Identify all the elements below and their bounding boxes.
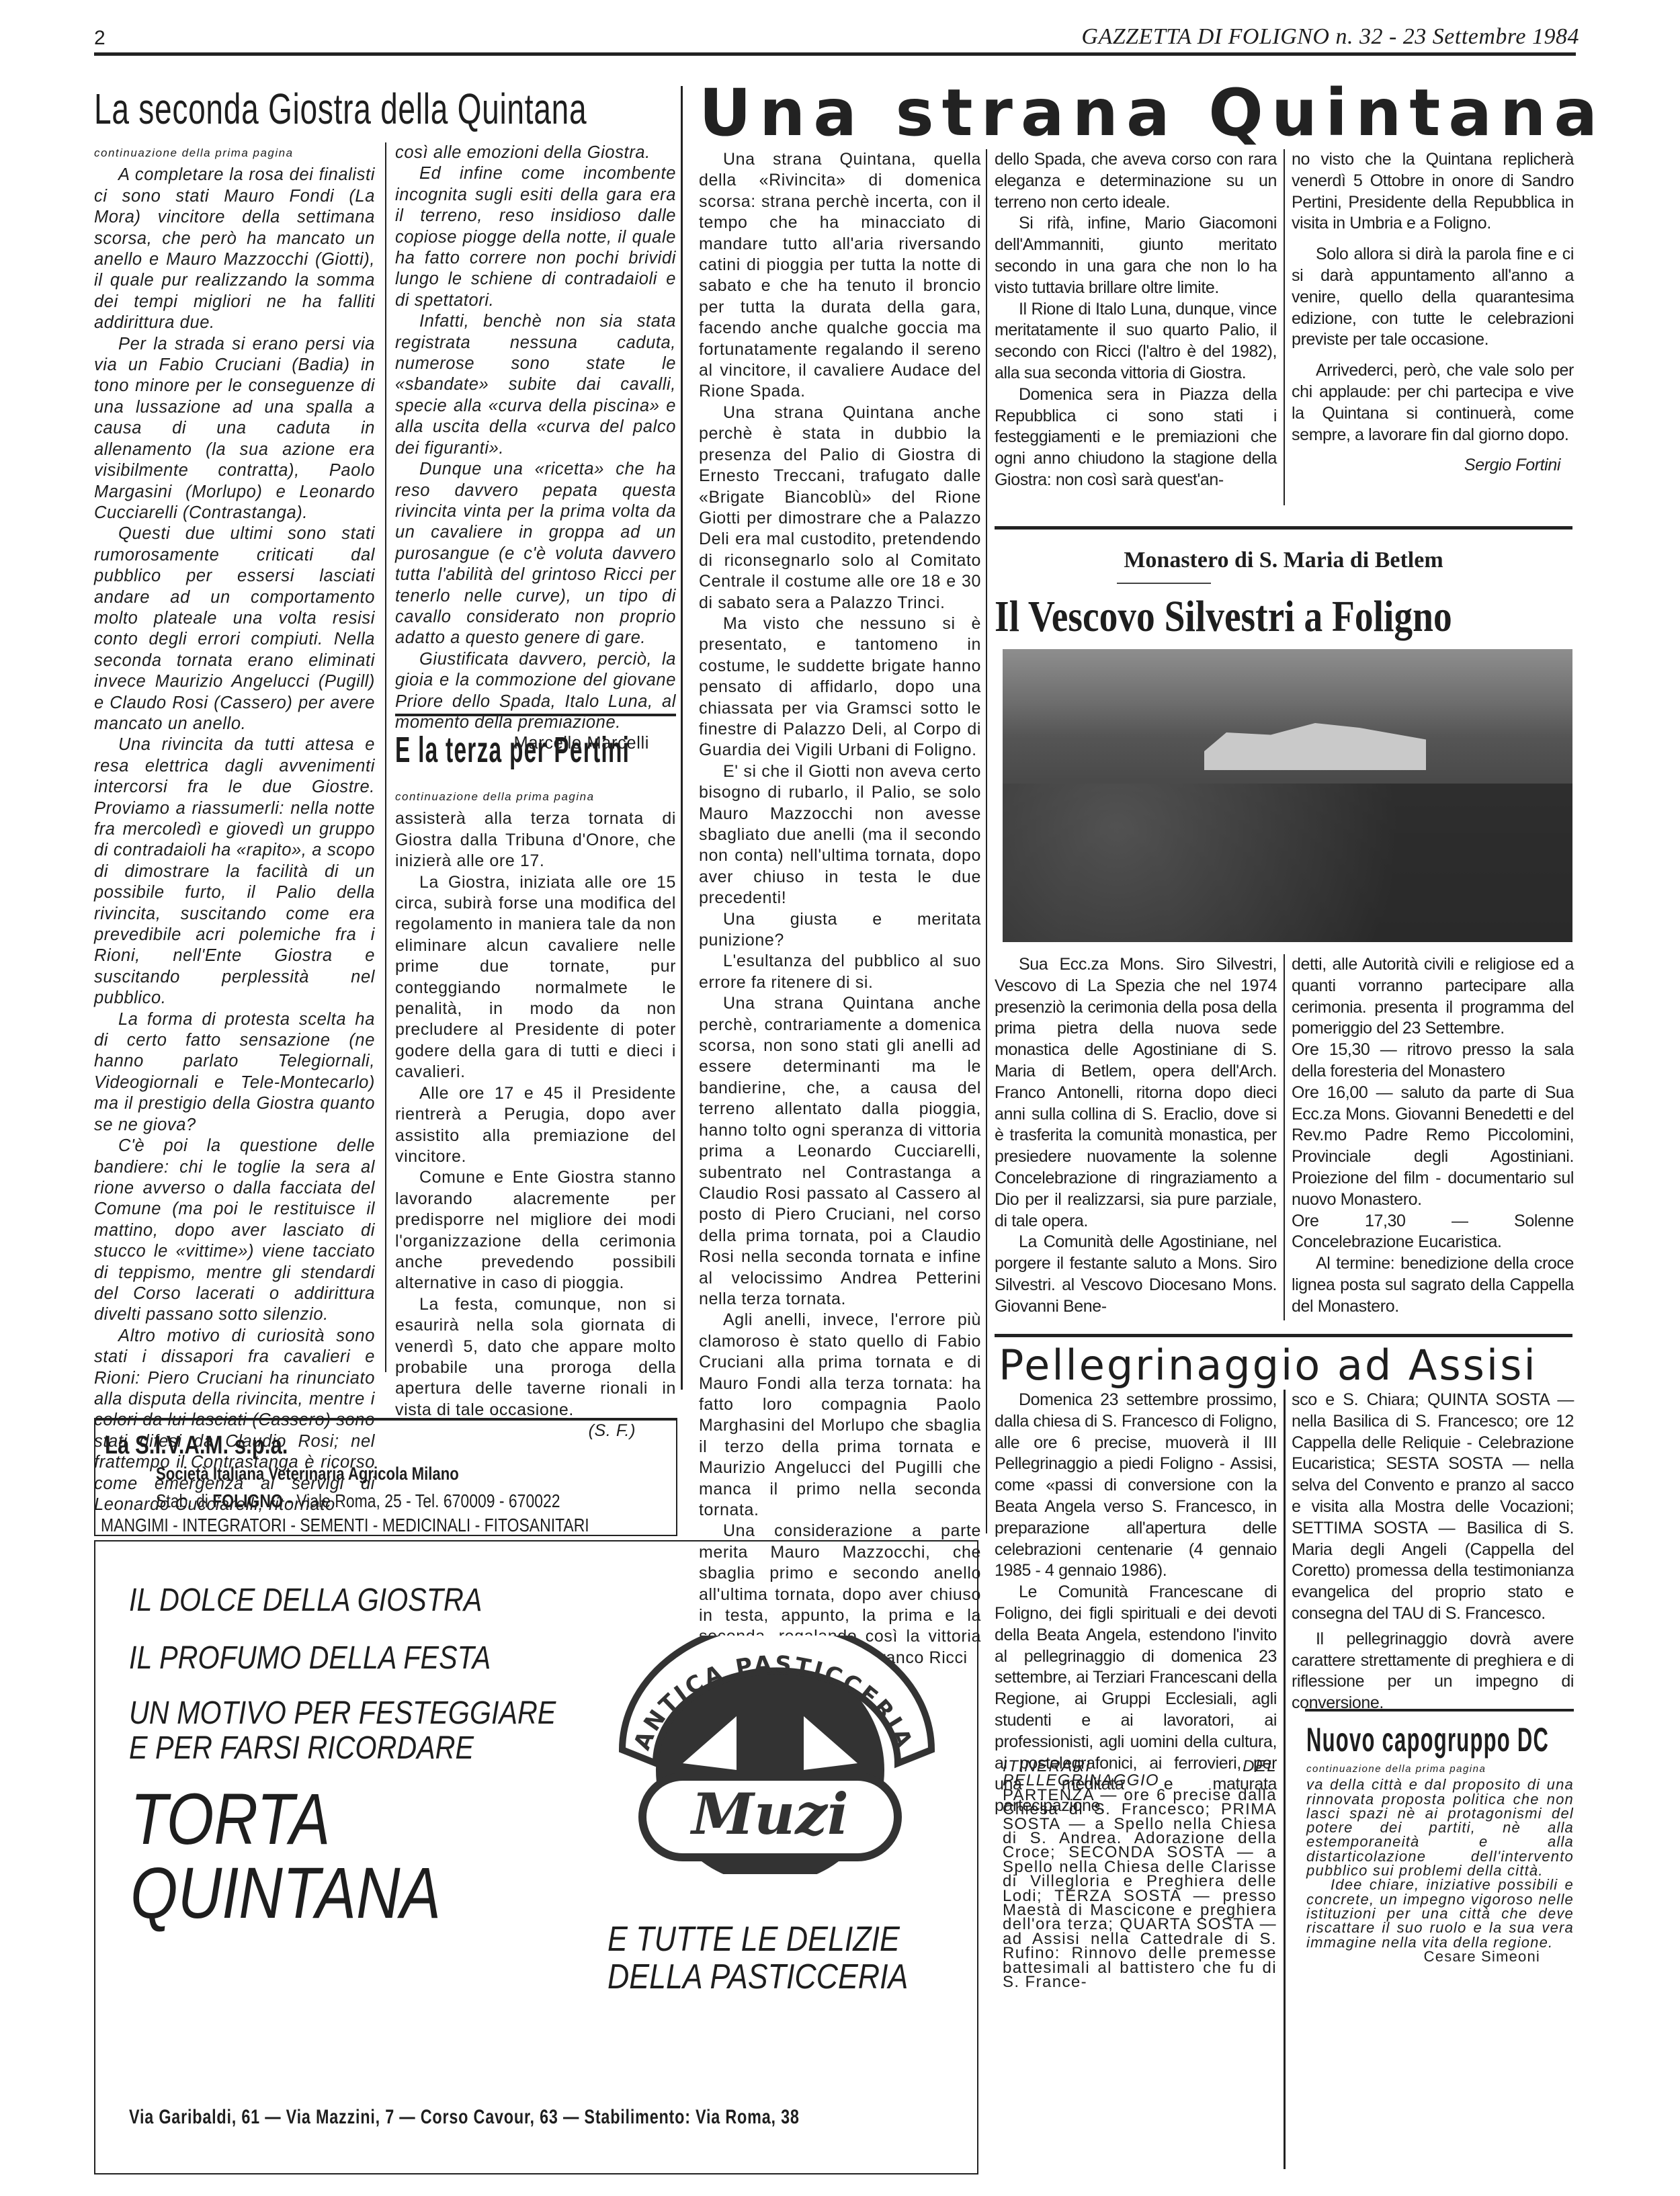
article-giostra-col1: continuazione della prima pagina A compl… — [94, 142, 375, 1515]
article-vescovo-col1: Sua Ecc.za Mons. Siro Silvestri, Vescovo… — [995, 954, 1277, 1318]
paragraph: E' si che il Giotti non aveva certo biso… — [699, 761, 981, 909]
muzi-logo: Muzi ANTICA PASTICCERIA — [602, 1636, 952, 1918]
paragraph: Comune e Ente Giostra stanno lavorando a… — [395, 1167, 676, 1294]
paragraph: Una strana Quintana anche perchè, contra… — [699, 993, 981, 1310]
paragraph: La forma di protesta scelta ha di certo … — [94, 1009, 375, 1136]
paragraph: detti, alle Autorità civili e religiose … — [1292, 954, 1574, 1040]
article-strana-col1: Una strana Quintana, quella della «Rivin… — [699, 149, 981, 1669]
column-divider — [1284, 149, 1285, 505]
sivam-address-city: FOLIGNO — [212, 1490, 283, 1511]
paragraph: C'è poi la questione delle bandiere: chi… — [94, 1136, 375, 1326]
paragraph: Sua Ecc.za Mons. Siro Silvestri, Vescovo… — [995, 954, 1277, 1232]
paragraph: Per la strada si erano persi via via un … — [94, 334, 375, 524]
headline-vescovo: Il Vescovo Silvestri a Foligno — [995, 591, 1452, 642]
headline-strana-quintana: Una strana Quintana — [699, 75, 1605, 151]
column-divider — [681, 86, 683, 1390]
paragraph: Si rifà, infine, Mario Giacomoni dell'Am… — [995, 213, 1277, 298]
schedule-item: Ore 16,00 — saluto da parte di Sua Ecc.z… — [1292, 1083, 1574, 1211]
section-rule — [395, 714, 676, 716]
article-pellegrinaggio-itinerary: ITINERARI DEL PELLEGRINAGGIO PARTENZA — … — [1003, 1759, 1277, 1990]
section-rule — [995, 526, 1572, 530]
article-vescovo-col2: detti, alle Autorità civili e religiose … — [1292, 954, 1574, 1318]
byline: Cesare Simeoni — [1306, 1949, 1574, 1963]
trees-foreground — [1003, 784, 1572, 942]
sivam-address-rest: - Viale Roma, 25 - Tel. 670009 - 670022 — [287, 1490, 560, 1511]
paragraph: dello Spada, che aveva corso con rara el… — [995, 149, 1277, 213]
continuation-note: continuazione della prima pagina — [395, 786, 676, 807]
column-divider — [986, 149, 987, 1533]
sivam-subtitle: Società Italiana Veterinaria Agricola Mi… — [156, 1464, 459, 1484]
article-strana-col3: no visto che la Quintana replicherà vene… — [1292, 149, 1574, 476]
paragraph: così alle emozioni della Giostra. — [395, 142, 676, 163]
ad-line-2: IL PROFUMO DELLA FESTA — [129, 1640, 491, 1677]
paragraph: La Comunità delle Agostiniane, nel porge… — [995, 1232, 1277, 1317]
paragraph: L'esultanza del pubblico al suo errore f… — [699, 951, 981, 993]
byline: Sergio Fortini — [1292, 455, 1574, 476]
page-number: 2 — [94, 27, 106, 50]
logo-brand-text: Muzi — [689, 1781, 849, 1847]
article-giostra-col2: così alle emozioni della Giostra. Ed inf… — [395, 142, 676, 755]
paragraph: Ed infine come incombente incognita sugl… — [395, 163, 676, 311]
headline-seconda-giostra: La seconda Giostra della Quintana — [94, 84, 587, 134]
ad-line-3: UN MOTIVO PER FESTEGGIARE — [129, 1695, 556, 1732]
sivam-products: MANGIMI - INTEGRATORI - SEMENTI - MEDICI… — [101, 1515, 589, 1536]
paragraph: Una giusta e meritata punizione? — [699, 909, 981, 952]
paragraph: Infatti, benchè non sia stata registrata… — [395, 311, 676, 459]
paragraph: Giustificata davvero, perciò, la gioia e… — [395, 649, 676, 734]
paragraph: Domenica sera in Piazza della Repubblica… — [995, 384, 1277, 491]
paragraph: La Giostra, iniziata alle ore 15 circa, … — [395, 872, 676, 1083]
headline-terza-pertini: E la terza per Pertini — [395, 729, 630, 771]
sivam-address: Stab. di FOLIGNO - Viale Roma, 25 - Tel.… — [156, 1490, 560, 1512]
header-rule — [94, 52, 1576, 56]
column-divider — [1284, 1390, 1286, 2169]
headline-pellegrinaggio: Pellegrinaggio ad Assisi — [999, 1341, 1538, 1390]
paragraph: Il Rione di Italo Luna, dunque, vince me… — [995, 299, 1277, 384]
ad-addresses: Via Garibaldi, 61 — Via Mazzini, 7 — Cor… — [129, 2106, 800, 2129]
ad-tagline-1: E TUTTE LE DELIZIE — [607, 1919, 900, 1959]
article-dc: continuazione della prima pagina va dell… — [1306, 1762, 1574, 1963]
paragraph: Agli anelli, invece, l'errore più clamor… — [699, 1310, 981, 1521]
article-strana-col2: dello Spada, che aveva corso con rara el… — [995, 149, 1277, 491]
ad-sivam: La S.I.V.A.M. s.p.a. Società Italiana Ve… — [94, 1418, 677, 1536]
paragraph: Idee chiare, iniziative possibili e conc… — [1306, 1877, 1574, 1949]
section-rule — [995, 1334, 1572, 1337]
ad-muzi: IL DOLCE DELLA GIOSTRA IL PROFUMO DELLA … — [94, 1540, 978, 2174]
column-divider — [1284, 954, 1285, 1320]
sivam-name: La S.I.V.A.M. s.p.a. — [105, 1431, 288, 1460]
sivam-address-prefix: Stab. di — [156, 1490, 208, 1511]
paragraph: no visto che la Quintana replicherà vene… — [1292, 149, 1574, 235]
paragraph: Il pellegrinaggio dovrà avere carattere … — [1292, 1629, 1574, 1714]
article-pellegrinaggio-col1: Domenica 23 settembre prossimo, dalla ch… — [995, 1390, 1277, 1817]
paragraph: Al termine: benedizione della croce lign… — [1292, 1253, 1574, 1317]
ad-tagline-2: DELLA PASTICCERIA — [607, 1957, 908, 1997]
paragraph: va della città e dal proposito di una ri… — [1306, 1777, 1574, 1877]
paragraph: La festa, comunque, non si esaurirà nell… — [395, 1294, 676, 1421]
paragraph: Una strana Quintana, quella della «Rivin… — [699, 149, 981, 403]
ad-product-1: TORTA — [130, 1777, 330, 1861]
paragraph: Una rivincita da tutti attesa e resa ele… — [94, 734, 375, 1009]
article-pellegrinaggio-col2: sco e S. Chiara; QUINTA SOSTA — nella Ba… — [1292, 1390, 1574, 1714]
paragraph: Questi due ultimi sono stati rumorosamen… — [94, 523, 375, 734]
continuation-note: continuazione della prima pagina — [1306, 1762, 1574, 1776]
paragraph: Ma visto che nessuno si è presentato, e … — [699, 614, 981, 761]
paragraph: A completare la rosa dei finalisti ci so… — [94, 165, 375, 333]
kicker-underline — [1117, 583, 1211, 584]
masthead: GAZZETTA DI FOLIGNO n. 32 - 23 Settembre… — [1081, 24, 1579, 50]
paragraph: Una strana Quintana anche perchè è stata… — [699, 403, 981, 614]
section-rule — [1305, 1709, 1574, 1712]
article-pertini: continuazione della prima pagina assiste… — [395, 786, 676, 1442]
paragraph: Alle ore 17 e 45 il Presidente rientrerà… — [395, 1083, 676, 1168]
headline-capogruppo-dc: Nuovo capogruppo DC — [1306, 1720, 1549, 1759]
monastery-building — [1204, 723, 1426, 770]
ad-line-4: E PER FARSI RICORDARE — [129, 1730, 474, 1767]
itinerary-text: PARTENZA — ore 6 precise dalla Chiesa di… — [1003, 1788, 1277, 1990]
photo-monastery — [1003, 649, 1572, 942]
paragraph: assisterà alla terza tornata di Giostra … — [395, 808, 676, 872]
paragraph: Solo allora si dirà la parola fine e ci … — [1292, 244, 1574, 351]
ad-line-1: IL DOLCE DELLA GIOSTRA — [129, 1582, 482, 1619]
paragraph: Arrivederci, però, che vale solo per chi… — [1292, 360, 1574, 446]
kicker-monastero: Monastero di S. Maria di Betlem — [995, 548, 1572, 573]
paragraph: Dunque una «ricetta» che ha reso davvero… — [395, 459, 676, 649]
ad-product-2: QUINTANA — [130, 1851, 441, 1935]
itinerary-heading: ITINERARI DEL PELLEGRINAGGIO — [1003, 1759, 1277, 1788]
schedule-item: Ore 15,30 — ritrovo presso la sala della… — [1292, 1040, 1574, 1083]
schedule-item: Ore 17,30 — Solenne Concelebrazione Euca… — [1292, 1211, 1574, 1254]
paragraph: Domenica 23 settembre prossimo, dalla ch… — [995, 1390, 1277, 1582]
column-divider — [385, 142, 386, 1372]
paragraph: sco e S. Chiara; QUINTA SOSTA — nella Ba… — [1292, 1390, 1574, 1625]
continuation-note: continuazione della prima pagina — [94, 142, 375, 163]
